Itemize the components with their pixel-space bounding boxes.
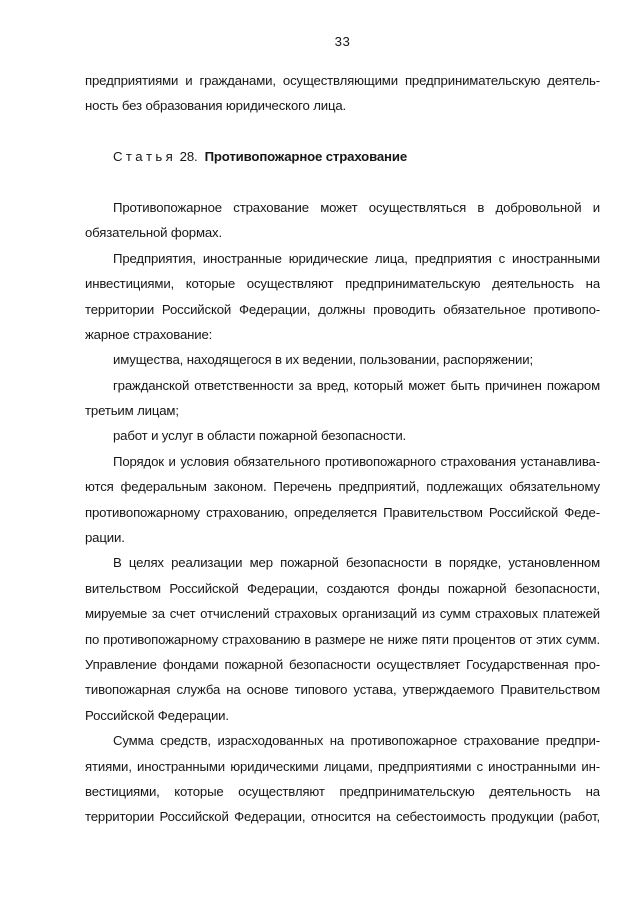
text-line: инвестициями, которые осуществляют предп…	[85, 271, 600, 296]
text-line: рации.	[85, 525, 600, 550]
text-line: Противопожарное страхование может осущес…	[85, 195, 600, 220]
text-line: вительством Российской Федерации, создаю…	[85, 576, 600, 601]
spacer-line	[85, 170, 600, 195]
text-line: ность без образования юридического лица.	[85, 93, 600, 118]
text-line: жарное страхование:	[85, 322, 600, 347]
document-text-block: предприятиями и гражданами, осуществляющ…	[85, 68, 600, 830]
text-line: тивопожарная служба на основе типового у…	[85, 677, 600, 702]
text-line: территории Российской Федерации, относит…	[85, 804, 600, 829]
text-line: Сумма средств, израсходованных на против…	[85, 728, 600, 753]
text-line: В целях реализации мер пожарной безопасн…	[85, 550, 600, 575]
text-line: вестициями, которые осуществляют предпри…	[85, 779, 600, 804]
article-label: С т а т ь я 28.	[113, 149, 205, 164]
text-line: предприятиями и гражданами, осуществляющ…	[85, 68, 600, 93]
document-page: 33 предприятиями и гражданами, осуществл…	[0, 0, 640, 900]
text-line: ятиями, иностранными юридическими лицами…	[85, 754, 600, 779]
text-line: Предприятия, иностранные юридические лиц…	[85, 246, 600, 271]
text-line: имущества, находящегося в их ведении, по…	[85, 347, 600, 372]
text-line: третьим лицам;	[85, 398, 600, 423]
text-line: противопожарному страхованию, определяет…	[85, 500, 600, 525]
text-line: Управление фондами пожарной безопасности…	[85, 652, 600, 677]
text-line: Российской Федерации.	[85, 703, 600, 728]
page-number: 33	[85, 34, 600, 49]
text-line: Порядок и условия обязательного противоп…	[85, 449, 600, 474]
text-line: работ и услуг в области пожарной безопас…	[85, 423, 600, 448]
text-line: ются федеральным законом. Перечень предп…	[85, 474, 600, 499]
text-line: мируемые за счет отчислений страховых ор…	[85, 601, 600, 626]
text-line: по противопожарному страхованию в размер…	[85, 627, 600, 652]
spacer-line	[85, 119, 600, 144]
text-line: гражданской ответственности за вред, кот…	[85, 373, 600, 398]
text-line: обязательной формах.	[85, 220, 600, 245]
article-title: Противопожарное страхование	[205, 149, 407, 164]
text-line: территории Российской Федерации, должны …	[85, 297, 600, 322]
article-heading: С т а т ь я 28. Противопожарное страхова…	[85, 144, 600, 169]
